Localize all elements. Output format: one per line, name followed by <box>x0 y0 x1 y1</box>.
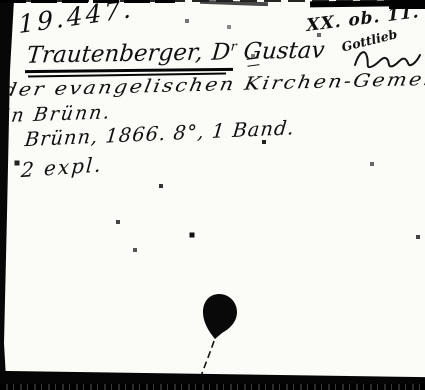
heading-title-superscript: r <box>230 38 237 53</box>
dr-abbreviation-mark <box>247 57 260 67</box>
heading-line: Trautenberger,Dr Gustav <box>26 37 326 69</box>
heading-surname: Trautenberger, <box>26 40 204 69</box>
affiliation-line-2: in Brünn. <box>2 101 113 127</box>
ink-blot-scratch-line <box>201 341 214 376</box>
scan-edge-top-left-dashes <box>0 0 175 3</box>
scan-edge-top-right-corner <box>389 0 425 9</box>
scribble-stroke <box>355 52 420 67</box>
heading-title-letter: D <box>211 39 232 65</box>
scan-edge-bottom-texture <box>0 384 425 390</box>
scanned-catalog-card: 19.447. XX. ob. 11. Trautenberger,Dr Gus… <box>0 0 425 390</box>
ink-blot-balloon <box>203 294 237 339</box>
